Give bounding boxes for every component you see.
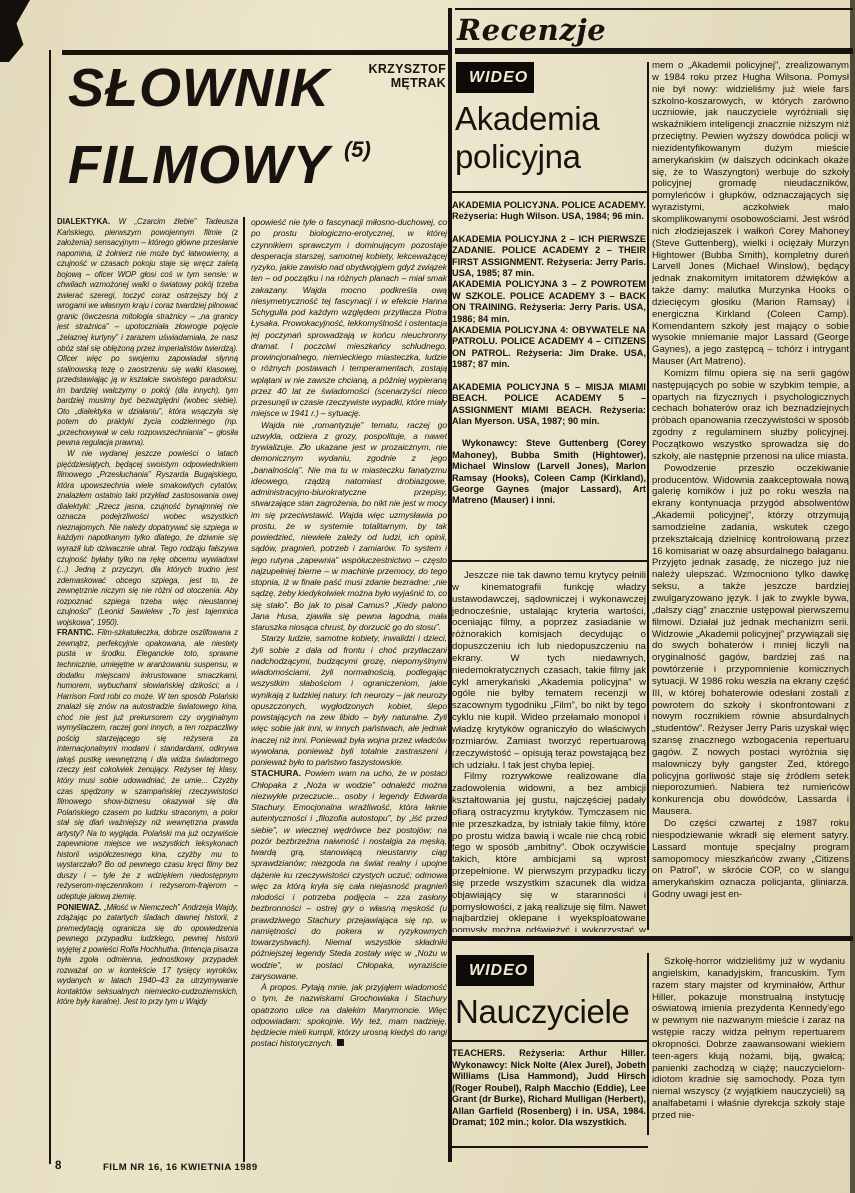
left-vertical-rule <box>49 50 51 1164</box>
review-2-credits-rule <box>452 1146 648 1148</box>
video-badge-2: WIDEO <box>456 955 534 986</box>
article-column-2: opowieść nie tyle o fascynacji miłosno-d… <box>251 217 447 1162</box>
paragraph: W nie wydanej jeszcze powieści o latach … <box>57 449 238 628</box>
review-separator-rule <box>448 936 853 941</box>
paragraph-lead: STACHURA. <box>251 768 301 778</box>
paragraph: Starzy ludzie, samotne kobiety, inwalidz… <box>251 633 447 768</box>
column-divider-rule <box>243 217 245 1162</box>
review-2-body-column: Szkołę-horror widzieliśmy już w wydaniu … <box>652 956 845 1132</box>
scan-artifact-corner <box>0 0 30 62</box>
credit-entry: AKADEMIA POLICYJNA 5 – MISJA MIAMI BEACH… <box>452 382 646 428</box>
review-2-title: Nauczyciele <box>455 993 630 1031</box>
end-of-article-mark <box>337 1039 344 1046</box>
page-edge-shadow <box>850 0 855 1193</box>
subcolumn-divider-rule-2 <box>647 953 649 1135</box>
body-paragraph: Do części czwartej z 1987 roku niespodzi… <box>652 818 849 901</box>
paragraph-lead: FRANTIC. <box>57 628 94 637</box>
paragraph: À propos. Pytają mnie, jak przyjąłem wia… <box>251 982 447 1050</box>
recenzje-rule-top <box>455 8 853 10</box>
review-1-credits-rule <box>452 560 648 562</box>
credit-entry: AKADEMIA POLICYJNA 4: OBYWATELE NA PATRO… <box>452 325 646 371</box>
credit-entry: AKADEMIA POLICYJNA. POLICE ACADEMY. Reży… <box>452 200 646 223</box>
paragraph: opowieść nie tyle o fascynacji miłosno-d… <box>251 217 447 420</box>
paragraph-lead: PONIEWAŻ. <box>57 903 101 912</box>
paragraph-lead: DIALEKTYKA. <box>57 217 110 226</box>
body-paragraph: Szkołę-horror widzieliśmy już w wydaniu … <box>652 956 845 1122</box>
review-1-body-left-column: Jeszcze nie tak dawno temu krytycy pełni… <box>452 570 646 932</box>
body-paragraph: Filmy rozrywkowe realizowane dla zadowol… <box>452 771 646 932</box>
review-2-title-rule <box>452 1040 648 1042</box>
paragraph-poniewaz: PONIEWAŻ. „Miłość w Niemczech” Andrzeja … <box>57 903 238 1008</box>
review-2-credits-block: TEACHERS. Reżyseria: Arthur Hiller. Wyko… <box>452 1048 646 1129</box>
video-badge: WIDEO <box>456 62 534 93</box>
paragraph: Wajda nie „romantyzuje” tematu, raczej g… <box>251 420 447 634</box>
issue-info: FILM NR 16, 16 KWIETNIA 1989 <box>103 1162 258 1173</box>
cast-list: Wykonawcy: Steve Guttenberg (Corey Mahon… <box>452 438 646 506</box>
recenzje-section-header: Recenzje <box>457 13 606 47</box>
body-paragraph: mem o „Akademii policyjnej”, zrealizowan… <box>652 60 849 368</box>
paragraph-stachura: STACHURA. Powiem wam na ucho, że w posta… <box>251 768 447 982</box>
review-1-body-right-column: mem o „Akademii policyjnej”, zrealizowan… <box>652 60 849 932</box>
section-divider-rule <box>448 8 452 1162</box>
body-paragraph: Komizm filmu opiera się na serii gagów n… <box>652 368 849 463</box>
body-paragraph: Powodzenie przeszło oczekiwanie producen… <box>652 463 849 818</box>
review-1-title: Akademia policyjna <box>455 100 599 176</box>
paragraph-frantic: FRANTIC. Film-szkatułeczka, dobrze oszli… <box>57 628 238 902</box>
author-name: KRZYSZTOF MĘTRAK <box>322 62 446 90</box>
review-1-title-rule <box>452 191 648 193</box>
body-paragraph: Jeszcze nie tak dawno temu krytycy pełni… <box>452 570 646 771</box>
article-column-1: DIALEKTYKA. W „Czarcim żlebie” Tadeusza … <box>57 217 238 1162</box>
page-number: 8 <box>55 1160 61 1172</box>
credit-entry: AKADEMIA POLICYJNA 2 – ICH PIERWSZE ZADA… <box>452 234 646 280</box>
masthead-top-rule <box>62 50 448 55</box>
series-number: (5) <box>344 137 371 162</box>
title-line-2: FILMOWY(5) <box>68 119 448 196</box>
recenzje-rule-bottom <box>455 48 853 54</box>
review-1-credits-block: AKADEMIA POLICYJNA. POLICE ACADEMY. Reży… <box>452 200 646 507</box>
paragraph-dialektyka: DIALEKTYKA. W „Czarcim żlebie” Tadeusza … <box>57 217 238 449</box>
magazine-page: SŁOWNIK FILMOWY(5) KRZYSZTOF MĘTRAK DIAL… <box>0 0 855 1193</box>
credit-entry: AKADEMIA POLICYJNA 3 – Z POWROTEM W SZKO… <box>452 279 646 325</box>
